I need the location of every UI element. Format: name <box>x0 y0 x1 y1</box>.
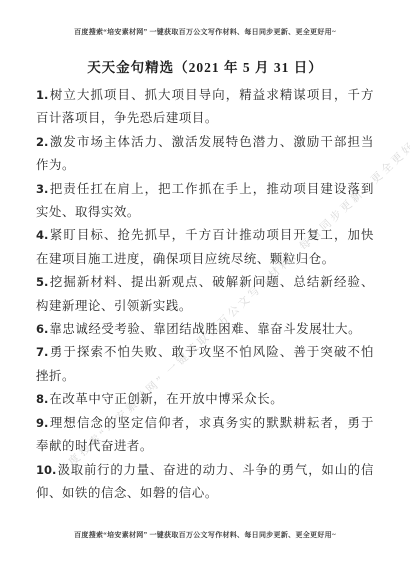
quote-number: 6. <box>36 322 49 336</box>
quote-text: 把责任扛在肩上，把工作抓在手上，推动项目建设落到实处、取得实效。 <box>36 182 374 219</box>
quote-number: 7. <box>36 345 49 359</box>
quote-number: 1. <box>36 88 49 102</box>
quote-text: 靠忠诚经受考验、靠团结战胜困难、靠奋斗发展壮大。 <box>49 322 361 336</box>
quote-item: 2.激发市场主体活力、激活发展特色潜力、激励干部担当作为。 <box>36 131 374 178</box>
quote-number: 5. <box>36 275 49 289</box>
quote-number: 4. <box>36 228 49 242</box>
quote-item: 10.汲取前行的力量、奋进的动力、斗争的勇气，如山的信仰、如铁的信念、如磐的信心… <box>36 459 374 506</box>
quote-text: 汲取前行的力量、奋进的动力、斗争的勇气，如山的信仰、如铁的信念、如磐的信心。 <box>36 463 374 500</box>
quotes-list: 1.树立大抓项目、抓大项目导向，精益求精谋项目，千方百计落项目，争先恐后建项目。… <box>36 84 374 505</box>
quote-item: 1.树立大抓项目、抓大项目导向，精益求精谋项目，千方百计落项目，争先恐后建项目。 <box>36 84 374 131</box>
quote-text: 激发市场主体活力、激活发展特色潜力、激励干部担当作为。 <box>36 135 374 172</box>
quote-text: 理想信念的坚定信仰者，求真务实的默默耕耘者，勇于奉献的时代奋进者。 <box>36 416 374 453</box>
promo-header: 百度搜索“培安素材网” 一键获取百万公文写作材料、每日同步更新、更全更好用~ <box>0 27 410 37</box>
quote-number: 3. <box>36 182 49 196</box>
quote-item: 4.紧盯目标、抢先抓早，千方百计推动项目开复工，加快在建项目施工进度，确保项目应… <box>36 224 374 271</box>
quote-number: 2. <box>36 135 49 149</box>
quote-item: 9.理想信念的坚定信仰者，求真务实的默默耕耘者，勇于奉献的时代奋进者。 <box>36 412 374 459</box>
quote-item: 6.靠忠诚经受考验、靠团结战胜困难、靠奋斗发展壮大。 <box>36 318 374 341</box>
document-page: 百度搜索“培安素材网” 一键获取百万公文写作材料、每日同步更新、更全更好用~ 百… <box>0 0 410 580</box>
quote-text: 紧盯目标、抢先抓早，千方百计推动项目开复工，加快在建项目施工进度，确保项目应统尽… <box>36 228 374 265</box>
quote-item: 7.勇于探索不怕失败、敢于攻坚不怕风险、善于突破不怕挫折。 <box>36 341 374 388</box>
quote-text: 在改革中守正创新，在开放中博采众长。 <box>49 392 283 406</box>
quote-number: 10. <box>36 463 57 477</box>
quote-text: 树立大抓项目、抓大项目导向，精益求精谋项目，千方百计落项目，争先恐后建项目。 <box>36 88 374 125</box>
promo-footer: 百度搜索“培安素材网” 一键获取百万公文写作材料、每日同步更新、更全更好用~ <box>0 530 410 540</box>
quote-item: 8.在改革中守正创新，在开放中博采众长。 <box>36 388 374 411</box>
quote-number: 9. <box>36 416 49 430</box>
quote-text: 勇于探索不怕失败、敢于攻坚不怕风险、善于突破不怕挫折。 <box>36 345 374 382</box>
page-title: 天天金句精选（2021 年 5 月 31 日） <box>0 56 410 76</box>
quote-item: 5.挖掘新材料、提出新观点、破解新问题、总结新经验、构建新理论、引领新实践。 <box>36 271 374 318</box>
quote-text: 挖掘新材料、提出新观点、破解新问题、总结新经验、构建新理论、引领新实践。 <box>36 275 374 312</box>
quote-item: 3.把责任扛在肩上，把工作抓在手上，推动项目建设落到实处、取得实效。 <box>36 178 374 225</box>
quote-number: 8. <box>36 392 49 406</box>
